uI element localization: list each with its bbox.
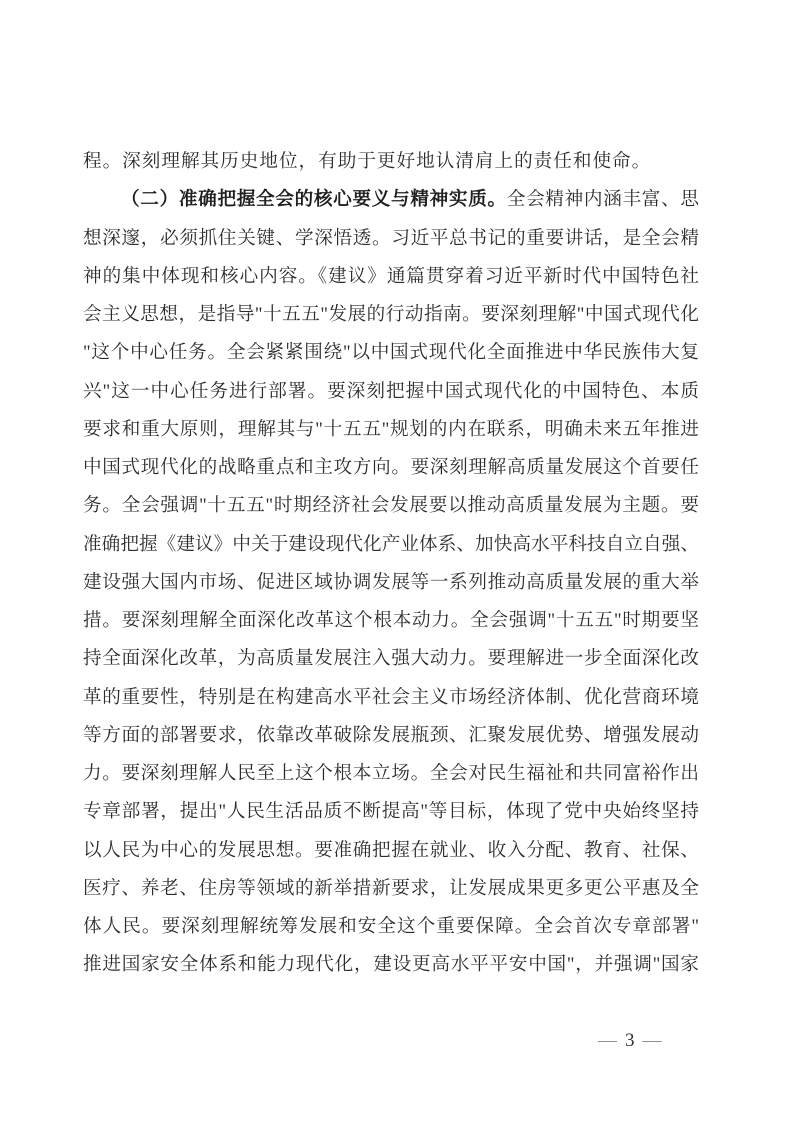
document-page: 程。深刻理解其历史地位，有助于更好地认清肩上的责任和使命。 （二）准确把握全会的… [0, 0, 793, 1122]
body-line: 体人民。要深刻理解统筹发展和安全这个重要保障。全会首次专章部署" [83, 908, 699, 946]
section-heading-line: （二）准确把握全会的核心要义与精神实质。全会精神内涵丰富、思 [83, 181, 699, 219]
section-heading: （二）准确把握全会的核心要义与精神实质。 [121, 189, 507, 210]
body-line: 措。要深刻理解全面深化改革这个根本动力。全会强调"十五五"时期要坚 [83, 602, 699, 640]
body-line: 革的重要性，特别是在构建高水平社会主义市场经济体制、优化营商环境 [83, 679, 699, 717]
body-line: 准确把握《建议》中关于建设现代化产业体系、加快高水平科技自立自强、 [83, 526, 699, 564]
body-line: 推进国家安全体系和能力现代化，建设更高水平平安中国"，并强调"国家 [83, 946, 699, 984]
body-line: 以人民为中心的发展思想。要准确把握在就业、收入分配、教育、社保、 [83, 832, 699, 870]
body-line: 等方面的部署要求，依靠改革破除发展瓶颈、汇聚发展优势、增强发展动 [83, 717, 699, 755]
body-line: 中国式现代化的战略重点和主攻方向。要深刻理解高质量发展这个首要任 [83, 449, 699, 487]
body-line: 力。要深刻理解人民至上这个根本立场。全会对民生福祉和共同富裕作出 [83, 755, 699, 793]
body-line: 兴"这一中心任务进行部署。要深刻把握中国式现代化的中国特色、本质 [83, 373, 699, 411]
page-footer: —3— [598, 1029, 662, 1053]
document-body: 程。深刻理解其历史地位，有助于更好地认清肩上的责任和使命。 （二）准确把握全会的… [83, 143, 699, 985]
body-line: 务。全会强调"十五五"时期经济社会发展要以推动高质量发展为主题。要 [83, 487, 699, 525]
body-line: 要求和重大原则，理解其与"十五五"规划的内在联系，明确未来五年推进 [83, 411, 699, 449]
body-line: 持全面深化改革，为高质量发展注入强大动力。要理解进一步全面深化改 [83, 640, 699, 678]
body-line: 专章部署，提出"人民生活品质不断提高"等目标，体现了党中央始终坚持 [83, 793, 699, 831]
page-number: 3 [625, 1030, 635, 1051]
body-line: "这个中心任务。全会紧紧围绕"以中国式现代化全面推进中华民族伟大复 [83, 334, 699, 372]
heading-line-rest: 全会精神内涵丰富、思 [507, 189, 699, 210]
body-line: 想深邃，必须抓住关键、学深悟透。习近平总书记的重要讲话，是全会精 [83, 220, 699, 258]
body-line: 会主义思想，是指导"十五五"发展的行动指南。要深刻理解"中国式现代化 [83, 296, 699, 334]
page-number-dash-left: — [598, 1030, 617, 1051]
body-line: 神的集中体现和核心内容。《建议》通篇贯穿着习近平新时代中国特色社 [83, 258, 699, 296]
body-line: 医疗、养老、住房等领域的新举措新要求，让发展成果更多更公平惠及全 [83, 870, 699, 908]
page-number-dash-right: — [643, 1030, 662, 1051]
paragraph-1-last-line: 程。深刻理解其历史地位，有助于更好地认清肩上的责任和使命。 [83, 143, 699, 181]
body-line: 建设强大国内市场、促进区域协调发展等一系列推动高质量发展的重大举 [83, 564, 699, 602]
